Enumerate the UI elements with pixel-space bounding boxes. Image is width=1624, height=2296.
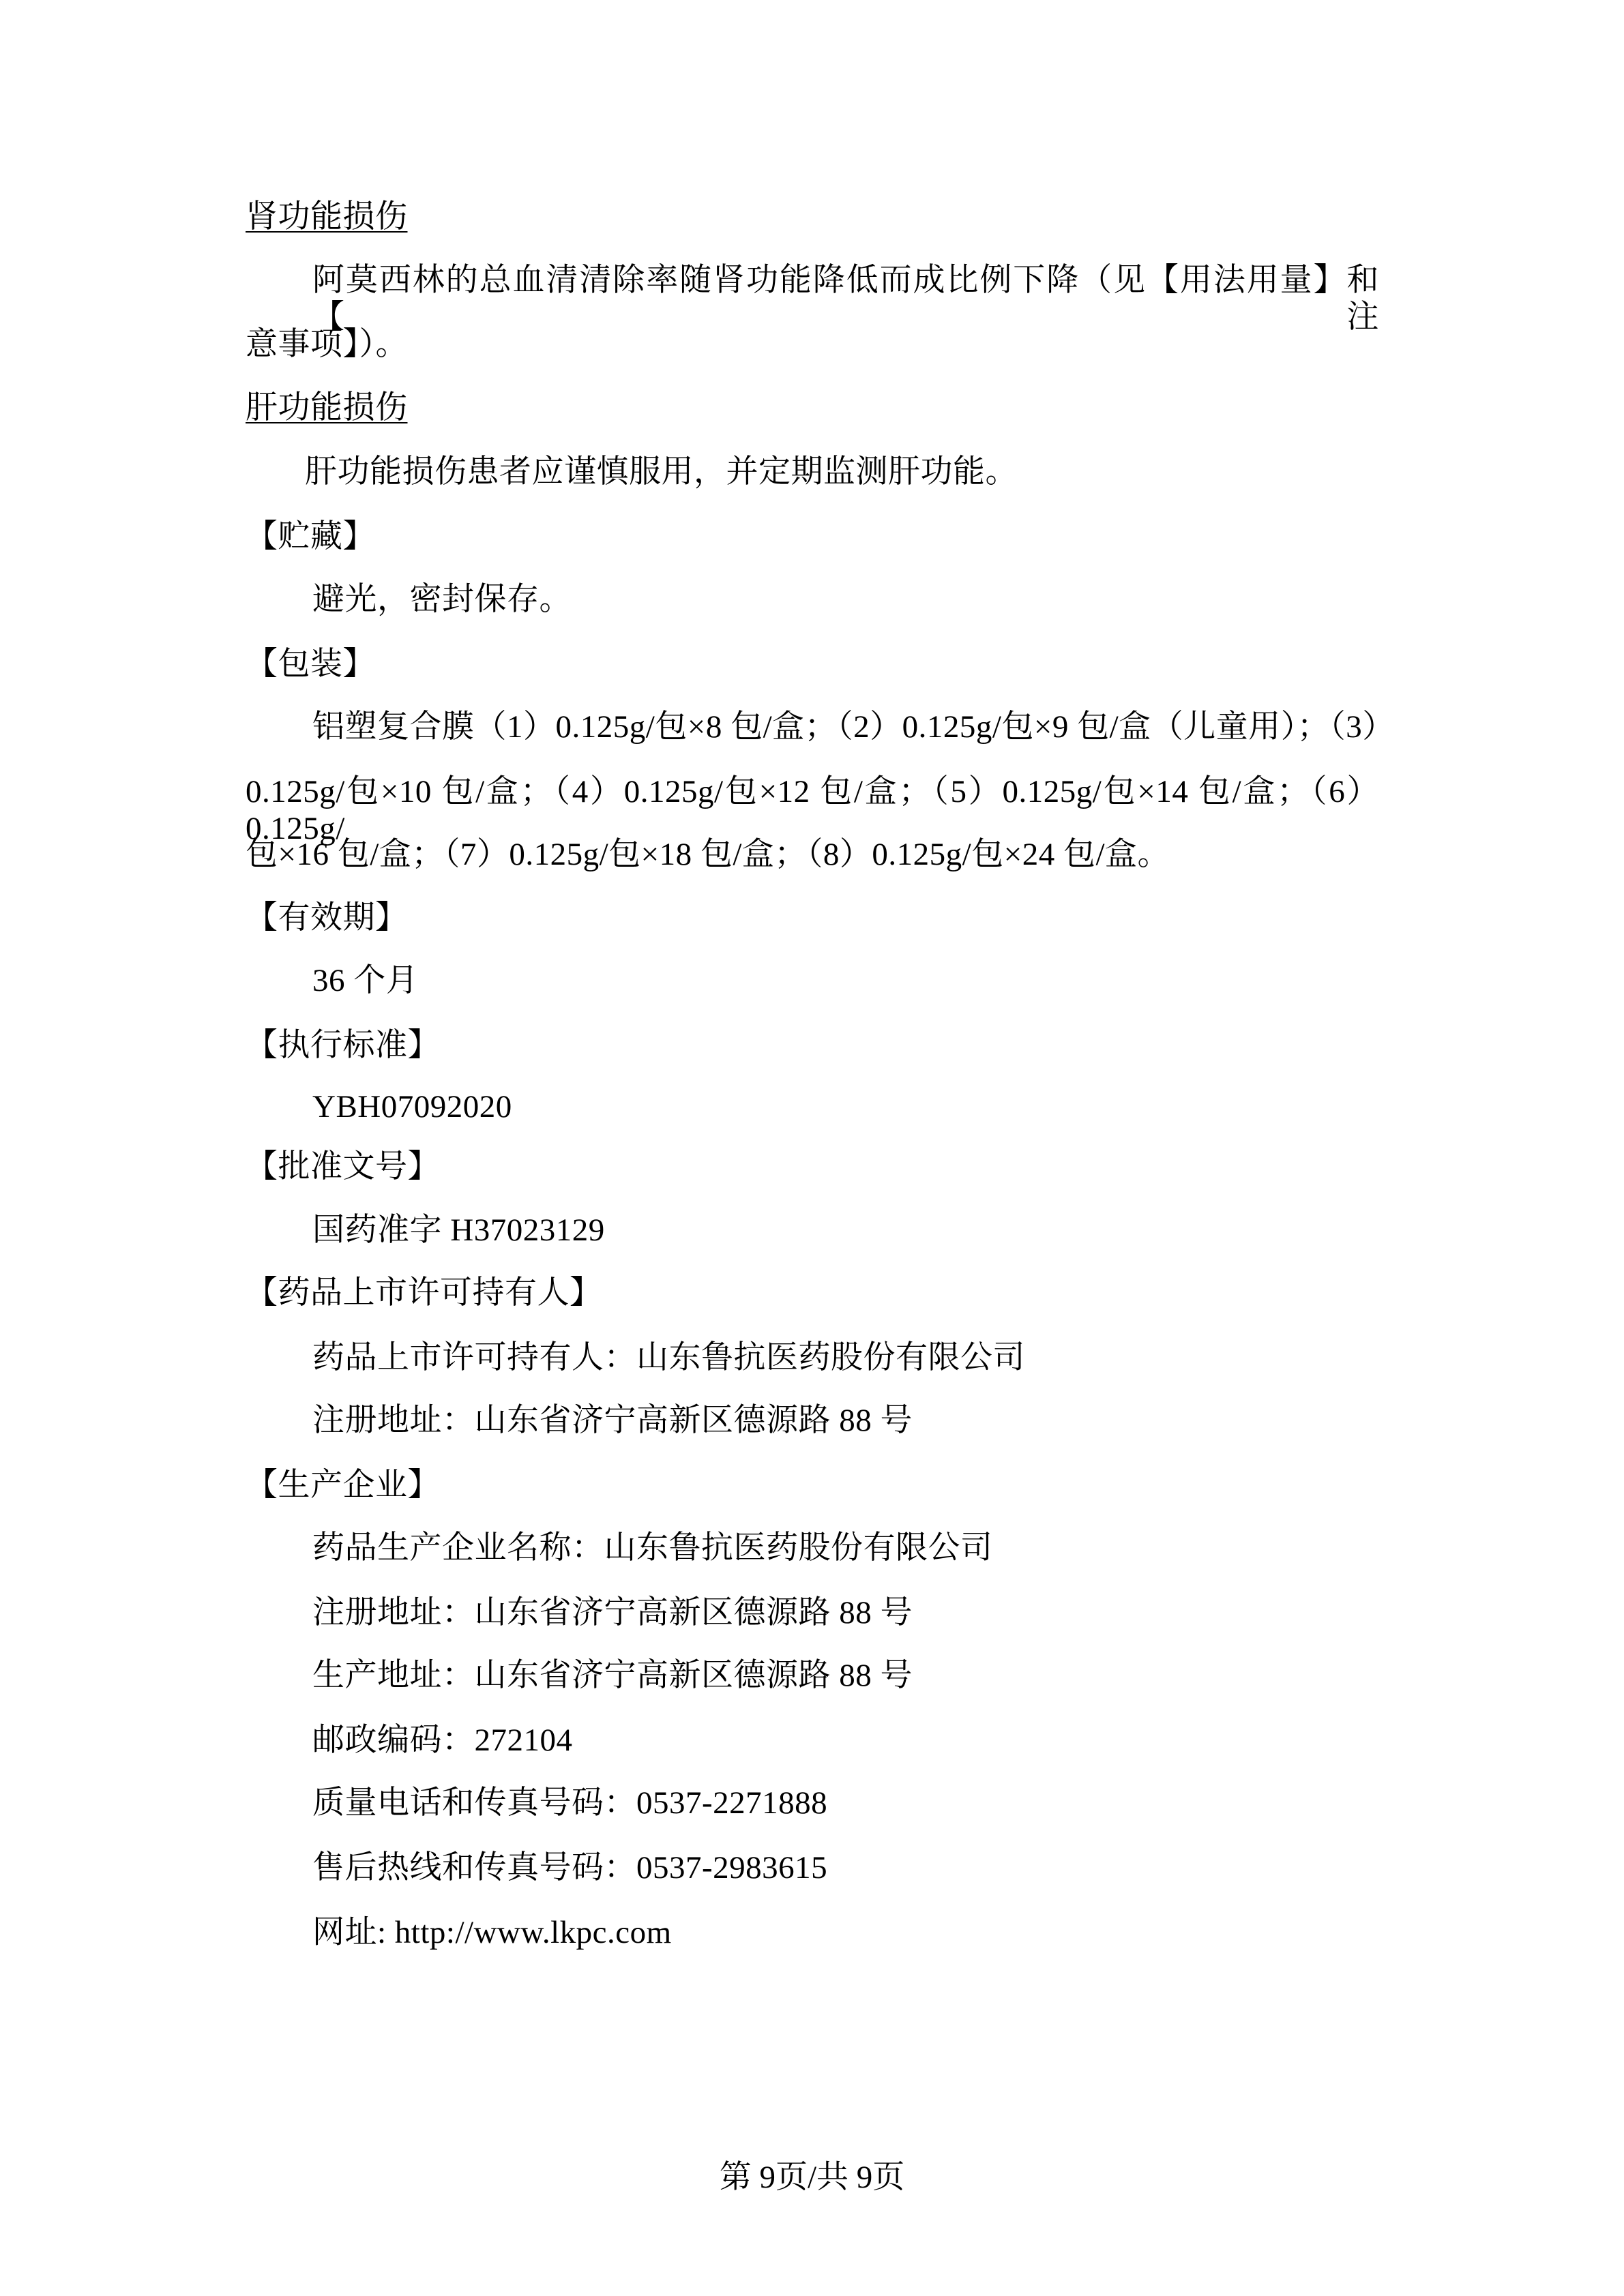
packaging-text-line2: 0.125g/包×10 包/盒；（4）0.125g/包×12 包/盒；（5）0.… xyxy=(246,773,1379,810)
packaging-text-line3: 包×16 包/盒；（7）0.125g/包×18 包/盒；（8）0.125g/包×… xyxy=(246,836,1379,873)
renal-impairment-heading: 肾功能损伤 xyxy=(246,198,1379,235)
manufacturer-prod-address-text: 生产地址：山东省济宁高新区德源路 88 号 xyxy=(312,1657,1379,1694)
document-page: 肾功能损伤 阿莫西林的总血清清除率随肾功能降低而成比例下降（见【用法用量】和【注… xyxy=(0,0,1624,2296)
mah-address-text: 注册地址：山东省济宁高新区德源路 88 号 xyxy=(312,1402,1379,1439)
aftersales-phone-text: 售后热线和传真号码：0537-2983615 xyxy=(312,1849,1379,1886)
approval-number-text: 国药准字 H37023129 xyxy=(312,1212,1379,1249)
manufacturer-heading: 【生产企业】 xyxy=(246,1467,1379,1504)
standard-text: YBH07092020 xyxy=(312,1088,1379,1125)
manufacturer-name-text: 药品生产企业名称：山东鲁抗医药股份有限公司 xyxy=(312,1530,1379,1566)
packaging-heading: 【包装】 xyxy=(246,646,1379,683)
shelf-life-heading: 【有效期】 xyxy=(246,899,1379,936)
standard-heading: 【执行标准】 xyxy=(246,1027,1379,1064)
mah-holder-text: 药品上市许可持有人：山东鲁抗医药股份有限公司 xyxy=(312,1339,1379,1376)
page-indicator: 第 9页/共 9页 xyxy=(0,2159,1624,2196)
storage-text: 避光，密封保存。 xyxy=(312,581,1379,618)
approval-number-heading: 【批准文号】 xyxy=(246,1148,1379,1185)
website-link[interactable]: 网址: http://www.lkpc.com xyxy=(312,1914,1379,1951)
postcode-text: 邮政编码：272104 xyxy=(312,1722,1379,1759)
mah-heading: 【药品上市许可持有人】 xyxy=(246,1274,1379,1311)
storage-heading: 【贮藏】 xyxy=(246,518,1379,555)
quality-phone-text: 质量电话和传真号码：0537-2271888 xyxy=(312,1785,1379,1821)
manufacturer-reg-address-text: 注册地址：山东省济宁高新区德源路 88 号 xyxy=(312,1594,1379,1631)
hepatic-impairment-heading: 肝功能损伤 xyxy=(246,389,1379,426)
hepatic-impairment-text: 肝功能损伤患者应谨慎服用，并定期监测肝功能。 xyxy=(305,453,1379,490)
renal-impairment-text-line2: 意事项】）。 xyxy=(246,326,1379,363)
packaging-text-line1: 铝塑复合膜（1）0.125g/包×8 包/盒；（2）0.125g/包×9 包/盒… xyxy=(312,709,1379,745)
renal-impairment-text-line1: 阿莫西林的总血清清除率随肾功能降低而成比例下降（见【用法用量】和【注 xyxy=(312,262,1379,299)
shelf-life-text: 36 个月 xyxy=(312,962,1379,999)
